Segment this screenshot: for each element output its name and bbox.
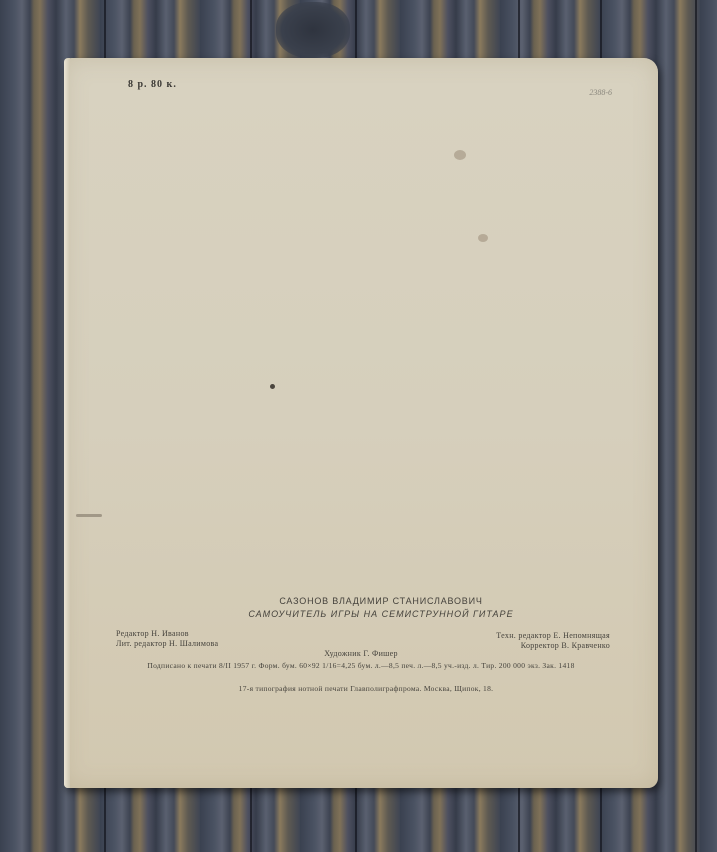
catalog-stamp: 2388-6 — [589, 88, 612, 97]
wood-knot — [276, 2, 350, 58]
colophon: САЗОНОВ ВЛАДИМИР СТАНИСЛАВОВИЧ САМОУЧИТЕ… — [64, 596, 658, 693]
credits-right: Техн. редактор Е. Непомнящая Корректор В… — [496, 631, 610, 651]
editor-credit: Редактор Н. Иванов — [116, 629, 218, 639]
book-title: САМОУЧИТЕЛЬ ИГРЫ НА СЕМИСТРУННОЙ ГИТАРЕ — [104, 609, 658, 619]
stain — [478, 234, 488, 242]
plank-seam — [695, 0, 697, 852]
lit-editor-credit: Лит. редактор Н. Шалимова — [116, 639, 218, 649]
credits: Редактор Н. Иванов Лит. редактор Н. Шали… — [64, 629, 658, 661]
author-name: САЗОНОВ ВЛАДИМИР СТАНИСЛАВОВИЧ — [104, 596, 658, 606]
print-info: Подписано к печати 8/II 1957 г. Форм. бу… — [64, 661, 658, 670]
stain — [270, 384, 275, 389]
book-back-cover: 8 р. 80 к. 2388-6 САЗОНОВ ВЛАДИМИР СТАНИ… — [64, 58, 658, 788]
artist-credit: Художник Г. Фишер — [64, 649, 658, 658]
printer-info: 17-я типография нотной печати Главполигр… — [74, 684, 658, 693]
price-label: 8 р. 80 к. — [128, 79, 177, 90]
scratch — [76, 514, 102, 517]
stain — [454, 150, 466, 160]
tech-editor-credit: Техн. редактор Е. Непомнящая — [496, 631, 610, 641]
credits-left: Редактор Н. Иванов Лит. редактор Н. Шали… — [116, 629, 218, 649]
